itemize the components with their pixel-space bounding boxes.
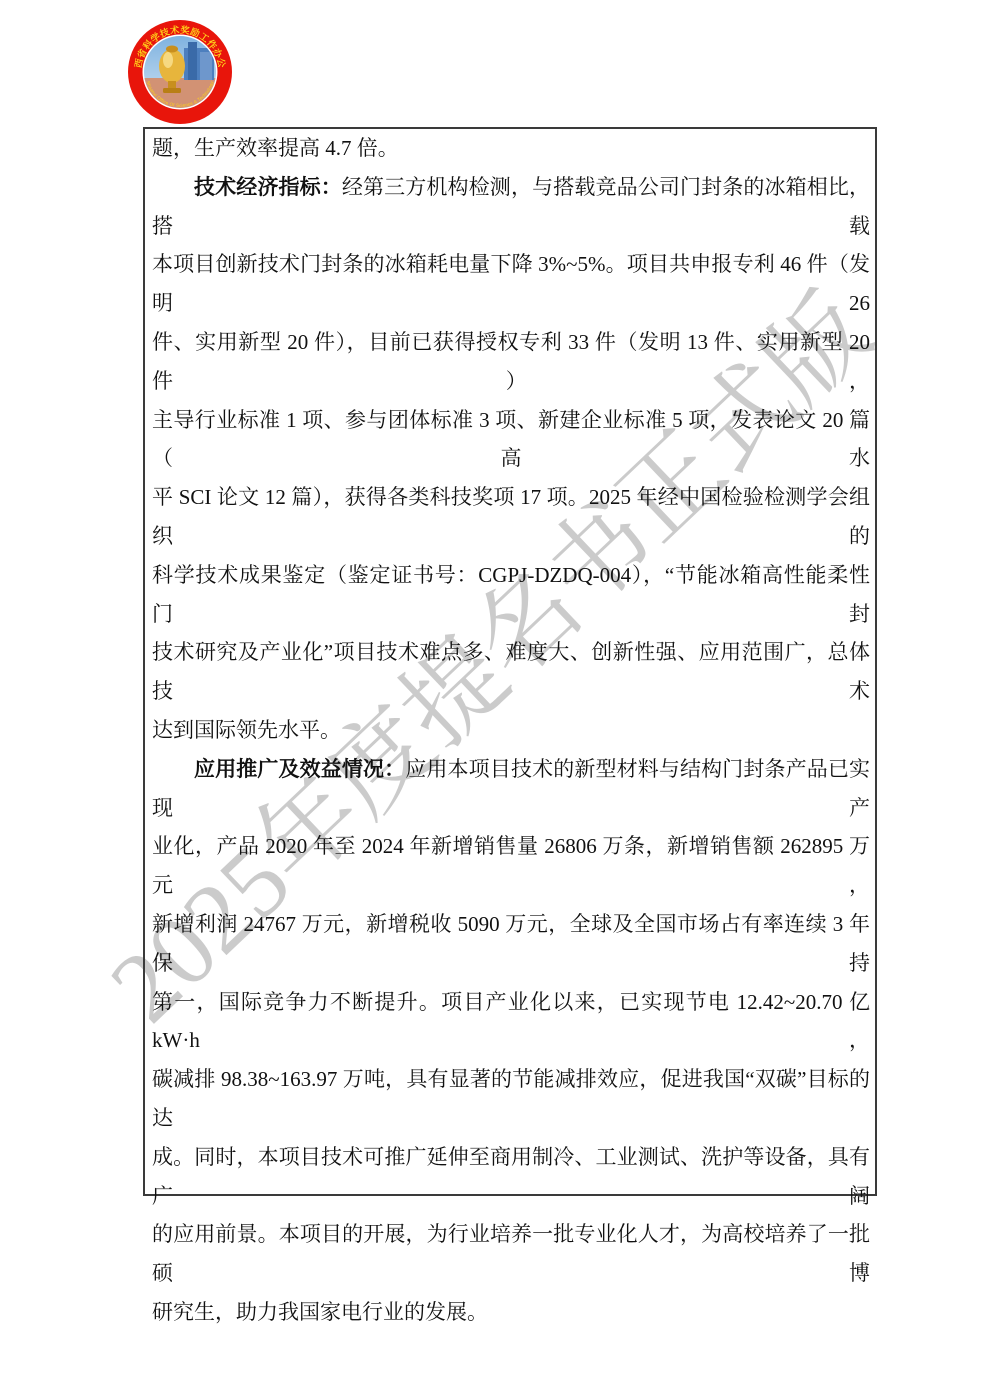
section-label: 应用推广及效益情况： <box>194 757 405 781</box>
document-line: 本项目创新技术门封条的冰箱耗电量下降 3%~5%。项目共申报专利 46 件（发明… <box>152 245 870 323</box>
text-column: 题，生产效率提高 4.7 倍。 技术经济指标：经第三方机构检测，与搭载竞品公司门… <box>152 129 870 1332</box>
document-line: 科学技术成果鉴定（鉴定证书号：CGPJ-DZDQ-004），“节能冰箱高性能柔性… <box>152 556 870 634</box>
document-line: 达到国际领先水平。 <box>152 711 870 750</box>
document-line: 应用推广及效益情况：应用本项目技术的新型材料与结构门封条产品已实现产 <box>152 750 870 828</box>
document-line: 碳减排 98.38~163.97 万吨，具有显著的节能减排效应，促进我国“双碳”… <box>152 1060 870 1138</box>
document-line: 研究生，助力我国家电行业的发展。 <box>152 1293 870 1332</box>
document-line: 件、实用新型 20 件），目前已获得授权专利 33 件（发明 13 件、实用新型… <box>152 323 870 401</box>
award-office-seal: 陕西省科学技术奖励工作办公室 Shaanxi Office Of Science… <box>128 20 232 124</box>
document-line: 技术研究及产业化”项目技术难点多、难度大、创新性强、应用范围广，总体技术 <box>152 633 870 711</box>
document-line: 题，生产效率提高 4.7 倍。 <box>152 129 870 168</box>
section-label: 技术经济指标： <box>194 175 342 199</box>
document-line: 主导行业标准 1 项、参与团体标准 3 项、新建企业标准 5 项，发表论文 20… <box>152 401 870 479</box>
document-line: 的应用前景。本项目的开展，为行业培养一批专业化人才，为高校培养了一批硕博 <box>152 1215 870 1293</box>
document-line: 成。同时，本项目技术可推广延伸至商用制冷、工业测试、洗护等设备，具有广阔 <box>152 1138 870 1216</box>
document-line: 业化，产品 2020 年至 2024 年新增销售量 26806 万条，新增销售额… <box>152 827 870 905</box>
document-line: 新增利润 24767 万元，新增税收 5090 万元，全球及全国市场占有率连续 … <box>152 905 870 983</box>
document-line: 平 SCI 论文 12 篇），获得各类科技奖项 17 项。2025 年经中国检验… <box>152 478 870 556</box>
document-page: 陕西省科学技术奖励工作办公室 Shaanxi Office Of Science… <box>0 0 990 1399</box>
document-table-cell: 题，生产效率提高 4.7 倍。 技术经济指标：经第三方机构检测，与搭载竞品公司门… <box>143 127 877 1196</box>
document-line: 技术经济指标：经第三方机构检测，与搭载竞品公司门封条的冰箱相比，搭载 <box>152 168 870 246</box>
document-line: 第一，国际竞争力不断提升。项目产业化以来，已实现节电 12.42~20.70 亿… <box>152 983 870 1061</box>
